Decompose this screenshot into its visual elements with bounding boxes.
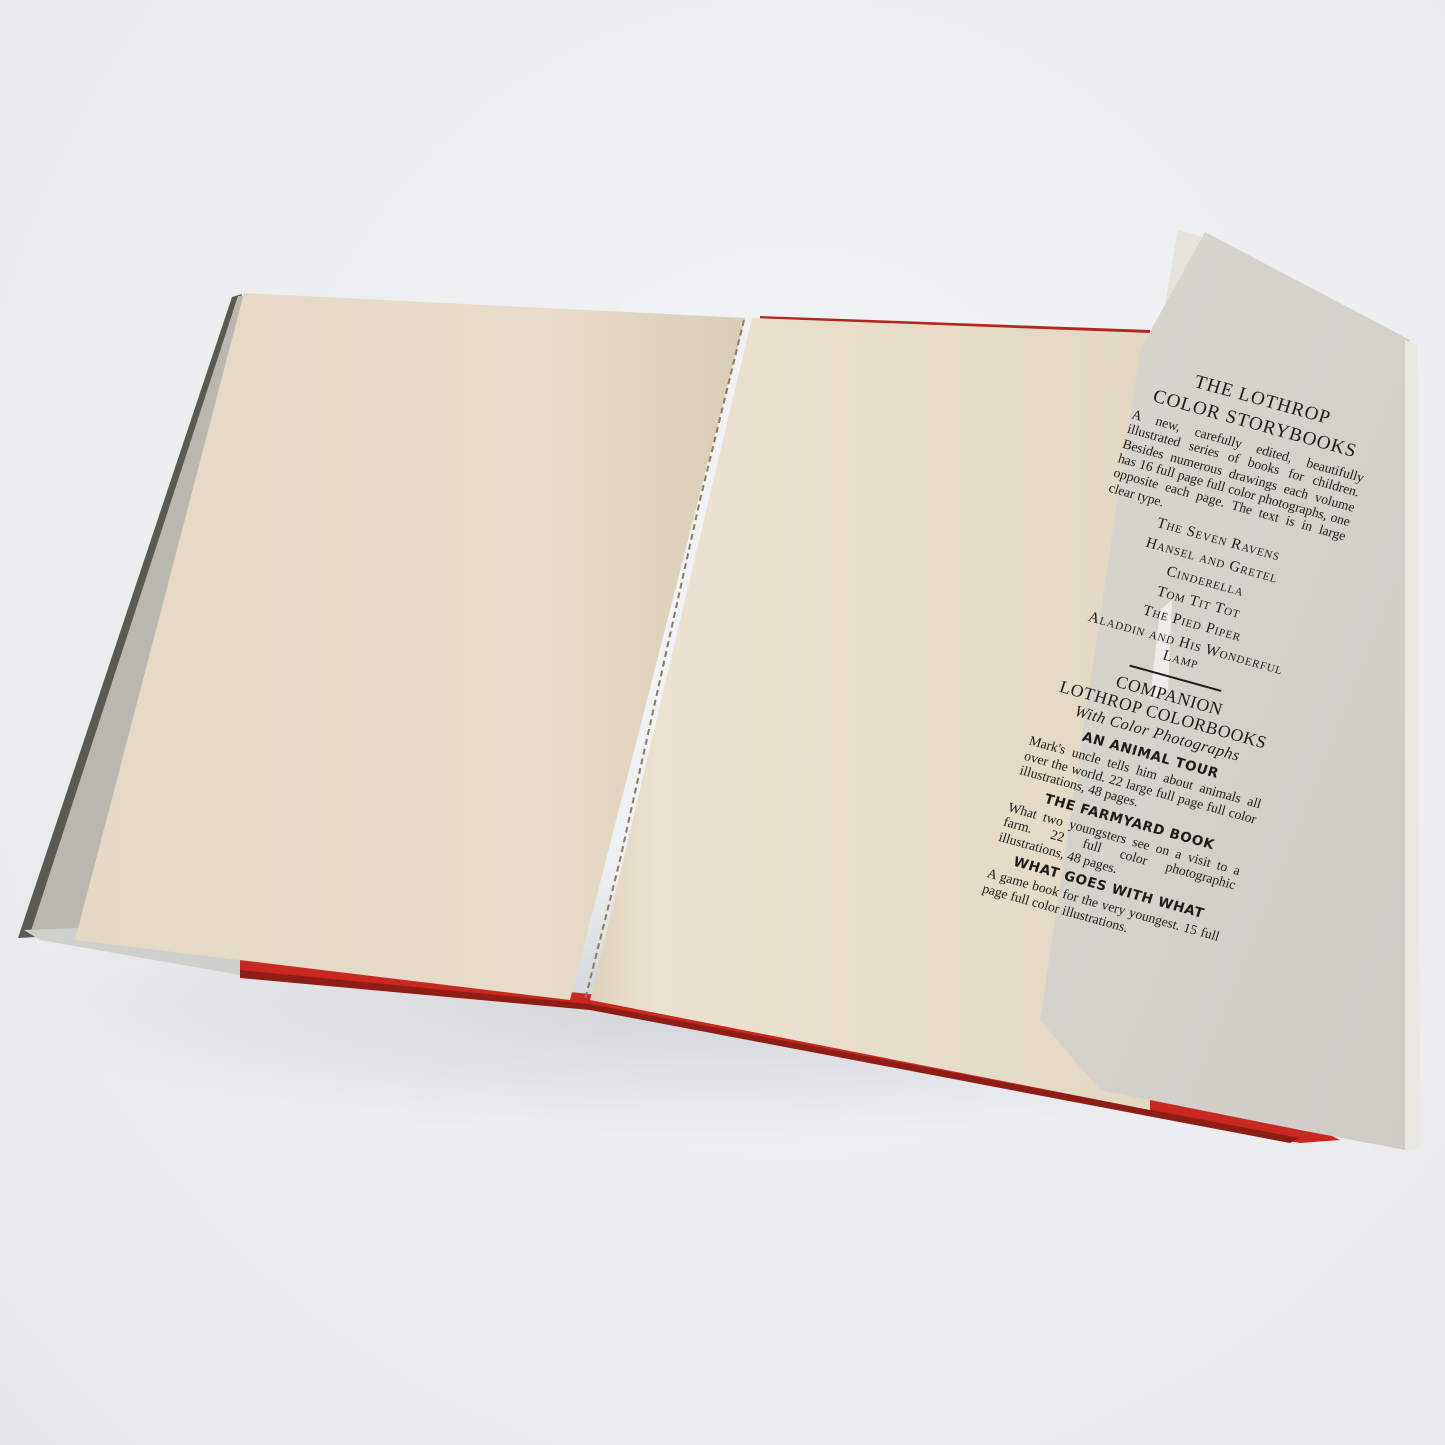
jacket-flap-right-edge — [1405, 340, 1420, 1150]
